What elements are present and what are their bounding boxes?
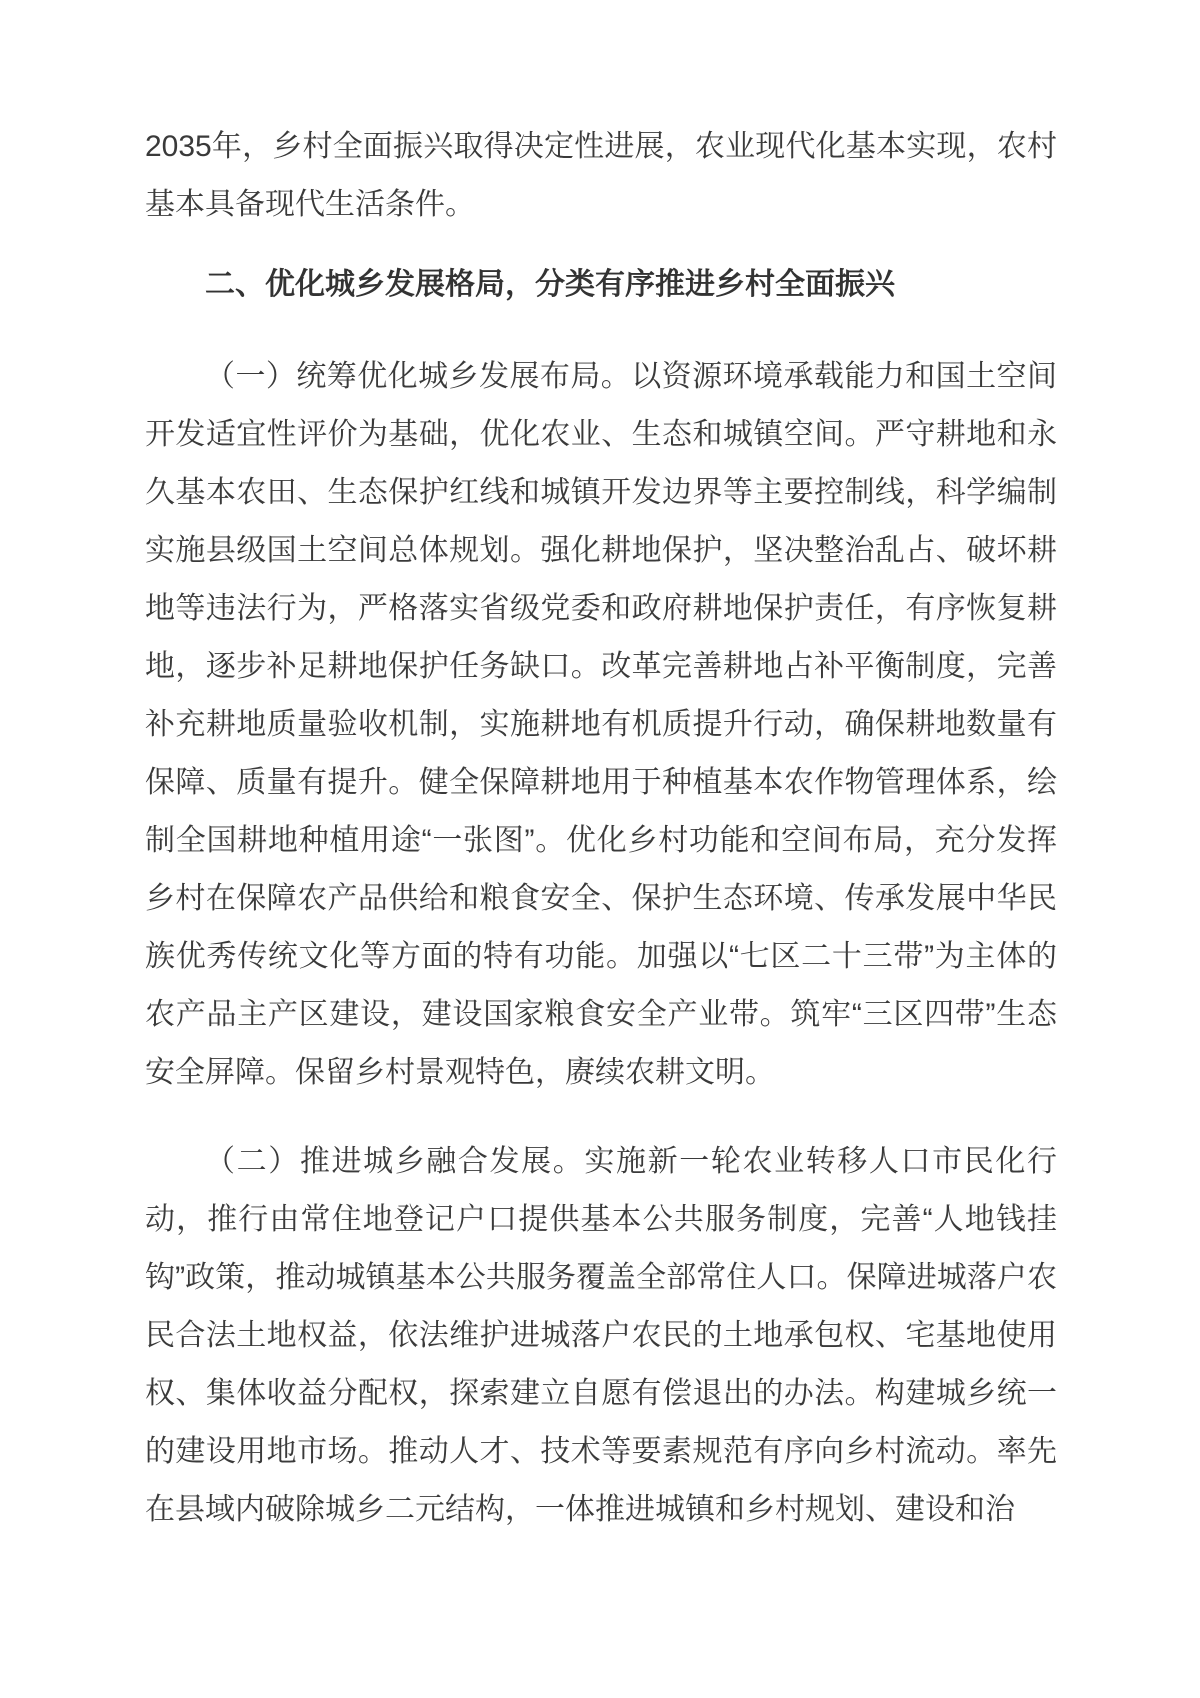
section-heading: 二、优化城乡发展格局，分类有序推进乡村全面振兴	[145, 256, 1057, 314]
paragraph-item-2: （二）推进城乡融合发展。实施新一轮农业转移人口市民化行动，推行由常住地登记户口提…	[145, 1133, 1057, 1539]
document-page: 2035年，乡村全面振兴取得决定性进展，农业现代化基本实现，农村基本具备现代生活…	[0, 0, 1200, 1698]
paragraph-continuation: 2035年，乡村全面振兴取得决定性进展，农业现代化基本实现，农村基本具备现代生活…	[145, 118, 1057, 234]
paragraph-item-1: （一）统筹优化城乡发展布局。以资源环境承载能力和国土空间开发适宜性评价为基础，优…	[145, 348, 1057, 1102]
